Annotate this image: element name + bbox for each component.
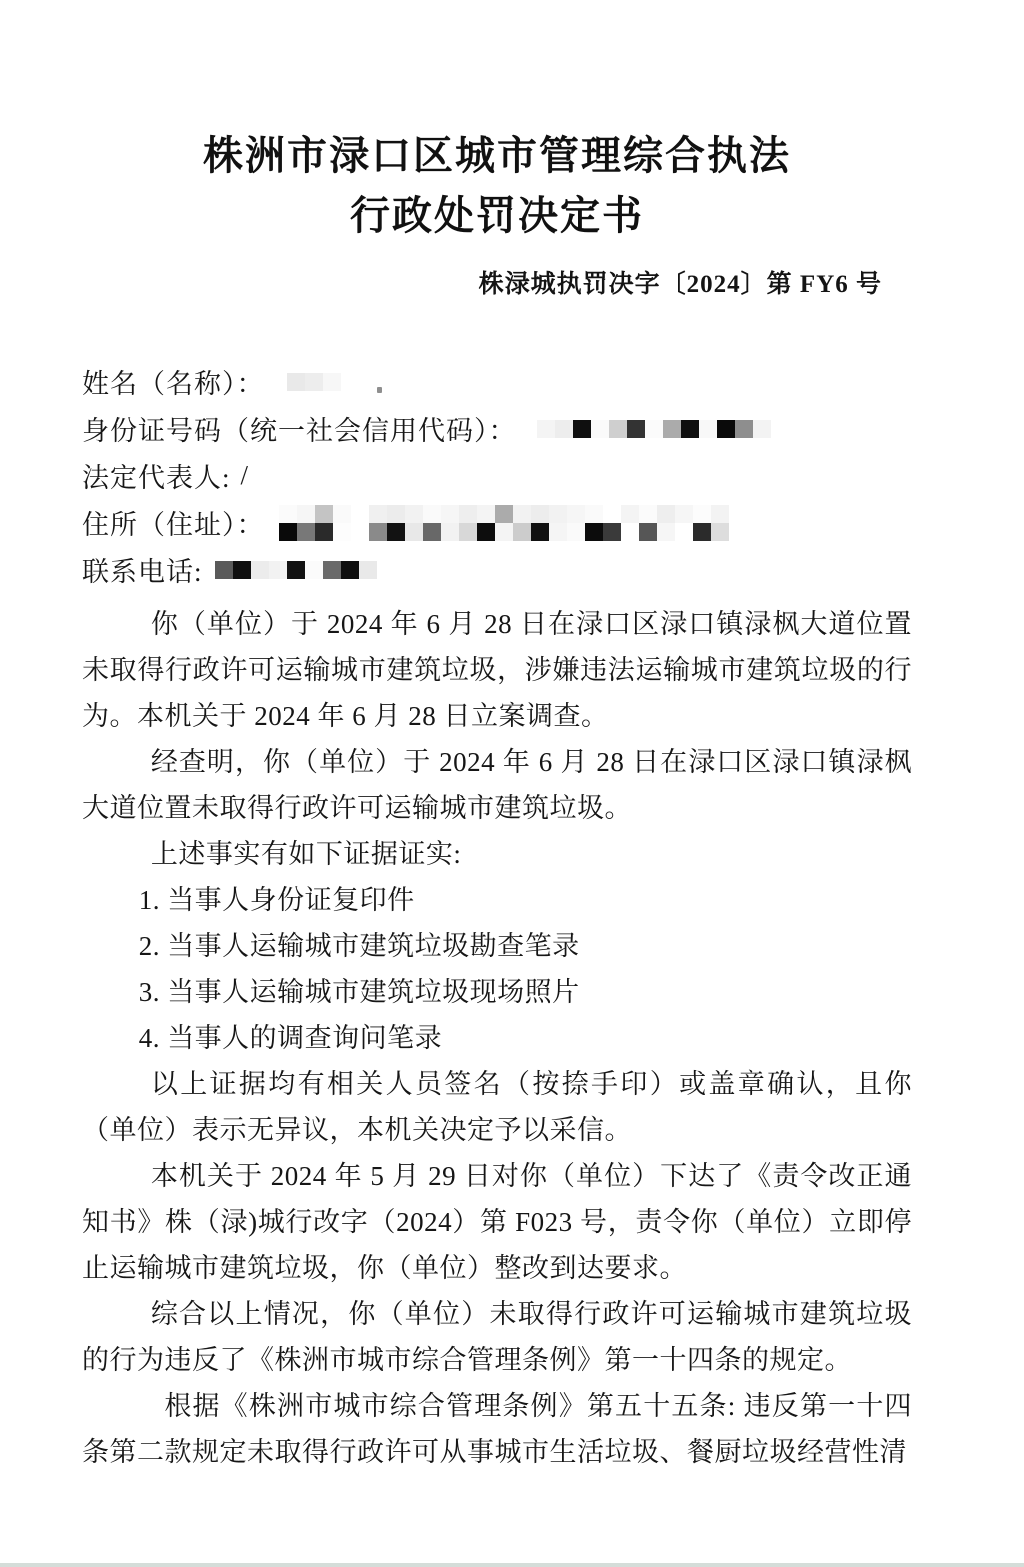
redacted-name-value bbox=[287, 373, 341, 391]
field-row-legal-rep: 法定代表人: / bbox=[82, 452, 912, 499]
address-label: 住所（住址）： bbox=[82, 503, 265, 542]
redacted-address-value bbox=[279, 505, 729, 541]
body-paragraph: 经查明，你（单位）于 2024 年 6 月 28 日在渌口区渌口镇渌枫大道位置未… bbox=[82, 739, 912, 831]
id-number-label: 身份证号码（统一社会信用代码）： bbox=[82, 409, 517, 448]
body-paragraph: 本机关于 2024 年 5 月 29 日对你（单位）下达了《责令改正通知书》株（… bbox=[82, 1153, 912, 1291]
body-paragraph: 上述事实有如下证据证实: bbox=[82, 831, 912, 877]
document-title-line2: 行政处罚决定书 bbox=[82, 186, 912, 246]
document-title: 株洲市渌口区城市管理综合执法 行政处罚决定书 bbox=[82, 126, 912, 246]
body-paragraph: 根据《株洲市城市综合管理条例》第五十五条: 违反第一十四条第二款规定未取得行政许… bbox=[82, 1383, 912, 1475]
field-row-id-number: 身份证号码（统一社会信用代码）： bbox=[82, 405, 912, 452]
field-row-name: 姓名（名称）： bbox=[82, 358, 912, 405]
field-row-address: 住所（住址）： bbox=[82, 499, 912, 546]
body-paragraph: 4. 当事人的调查询问笔录 bbox=[82, 1015, 912, 1061]
body-paragraph: 2. 当事人运输城市建筑垃圾勘查笔录 bbox=[82, 923, 912, 969]
recipient-fields: 姓名（名称）： 身份证号码（统一社会信用代码）： 法定代表人: / 住所（住址）… bbox=[82, 358, 912, 593]
body-paragraph: 以上证据均有相关人员签名（按捺手印）或盖章确认，且你（单位）表示无异议，本机关决… bbox=[82, 1061, 912, 1153]
legal-rep-value: / bbox=[241, 460, 250, 491]
name-trailing-dot bbox=[377, 387, 382, 393]
photo-bottom-edge bbox=[0, 1563, 1024, 1567]
document-number: 株渌城执罚决字〔2024〕第 FY6 号 bbox=[82, 264, 912, 300]
body-paragraph: 你（单位）于 2024 年 6 月 28 日在渌口区渌口镇渌枫大道位置未取得行政… bbox=[82, 601, 912, 739]
redacted-id-number-value bbox=[537, 420, 771, 438]
phone-label: 联系电话: bbox=[82, 550, 203, 589]
legal-rep-label: 法定代表人: bbox=[82, 456, 231, 495]
redacted-phone-value bbox=[215, 561, 377, 579]
body-paragraph: 3. 当事人运输城市建筑垃圾现场照片 bbox=[82, 969, 912, 1015]
field-row-phone: 联系电话: bbox=[82, 546, 912, 593]
document-body: 你（单位）于 2024 年 6 月 28 日在渌口区渌口镇渌枫大道位置未取得行政… bbox=[82, 601, 912, 1475]
name-label: 姓名（名称）： bbox=[82, 362, 265, 401]
body-paragraph: 综合以上情况，你（单位）未取得行政许可运输城市建筑垃圾的行为违反了《株洲市城市综… bbox=[82, 1291, 912, 1383]
body-paragraph: 1. 当事人身份证复印件 bbox=[82, 877, 912, 923]
document-page: 株洲市渌口区城市管理综合执法 行政处罚决定书 株渌城执罚决字〔2024〕第 FY… bbox=[0, 0, 1024, 1567]
document-title-line1: 株洲市渌口区城市管理综合执法 bbox=[82, 126, 912, 186]
